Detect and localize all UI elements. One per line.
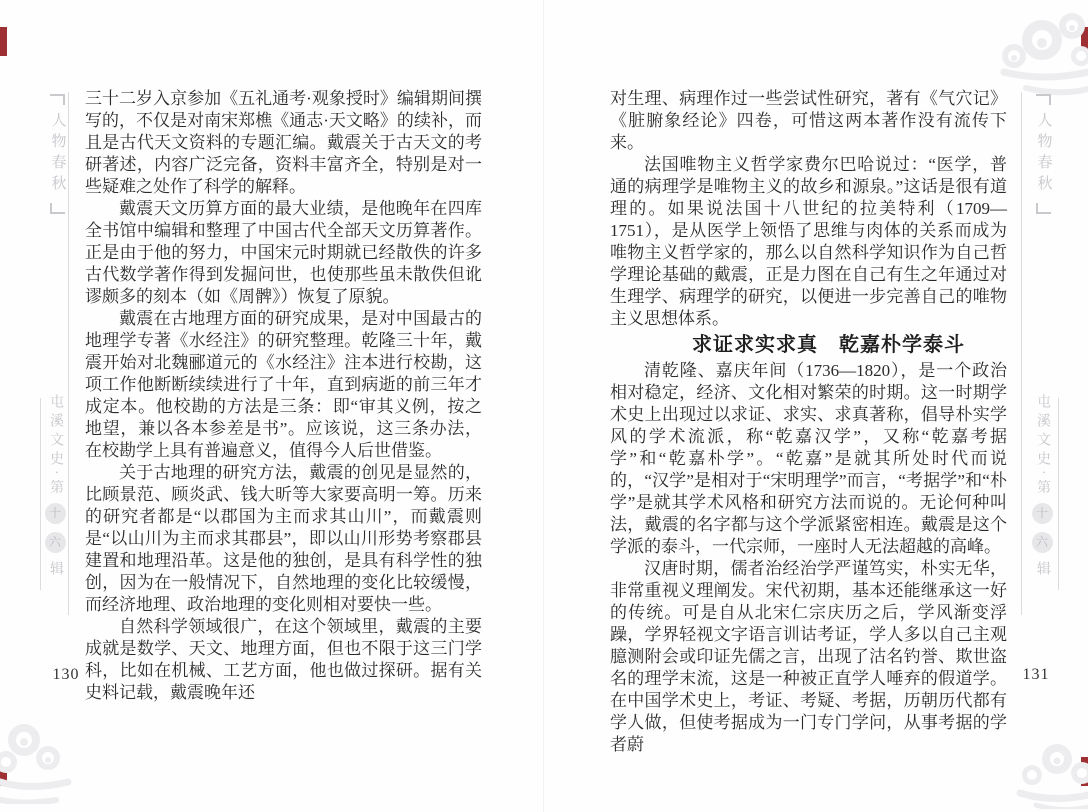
bracket-bottom-icon (1036, 203, 1051, 214)
series-label-suffix: 辑 (1032, 561, 1052, 575)
paragraph: 戴震天文历算方面的最大业绩，是他晚年在四库全书馆中编辑和整理了中国古代全部天文历… (85, 198, 482, 308)
paragraph: 关于古地理的研究方法，戴震的创见是显然的，比顾景范、顾炎武、钱大昕等大家要高明一… (85, 462, 482, 616)
cloud-ornament-icon (0, 712, 84, 804)
paragraph: 对生理、病理作过一些尝试性研究，著有《气穴记》《脏腑象经论》四卷，可惜这两本著作… (610, 88, 1007, 154)
series-volume-char-badge: 六 (45, 532, 66, 553)
right-page-text-column: 对生理、病理作过一些尝试性研究，著有《气穴记》《脏腑象经论》四卷，可惜这两本著作… (610, 88, 1007, 756)
margin-rule-right (1021, 92, 1022, 615)
paragraph: 三十二岁入京参加《五礼通考·观象授时》编辑期间撰写的，不仅是对南宋郑樵《通志·天… (85, 88, 482, 198)
paragraph: 清乾隆、嘉庆年间（1736—1820），是一个政治相对稳定，经济、文化相对繁荣的… (610, 360, 1007, 558)
cloud-ornament-icon (984, 4, 1088, 100)
column-label-right: 人物春秋 (1030, 94, 1056, 214)
series-volume-char-badge: 十 (1032, 503, 1053, 524)
paragraph: 自然科学领域很广，在这个领域里，戴震的主要成就是数学、天文、地理方面，但也不限于… (85, 616, 482, 704)
paragraph: 戴震在古地理方面的研究成果，是对中国最古的地理学专著《水经注》的研究整理。乾隆三… (85, 308, 482, 462)
left-page-text-column: 三十二岁入京参加《五礼通考·观象授时》编辑期间撰写的，不仅是对南宋郑樵《通志·天… (85, 88, 482, 704)
page-number-left: 130 (44, 666, 88, 684)
bracket-top-icon (50, 94, 65, 105)
series-label-prefix: 屯溪文史·第 (1035, 394, 1049, 499)
series-volume-char-badge: 六 (1032, 532, 1053, 553)
column-label-text: 人物春秋 (50, 112, 65, 196)
section-heading: 求证求实求真 乾嘉朴学泰斗 (610, 330, 1007, 360)
paragraph: 汉唐时期，儒者治经治学严谨笃实，朴实无华，非常重视义理阐发。宋代初期，基本还能继… (610, 558, 1007, 756)
series-label-suffix: 辑 (45, 561, 65, 575)
series-volume-char-badge: 十 (45, 503, 66, 524)
series-rule-right (1058, 398, 1059, 590)
series-label-prefix: 屯溪文史·第 (48, 394, 62, 499)
bracket-bottom-icon (50, 203, 65, 214)
bracket-top-icon (1036, 94, 1051, 105)
series-label-right: 屯溪文史·第 十 六 辑 (1028, 394, 1056, 575)
series-label-left: 屯溪文史·第 十 六 辑 (41, 394, 69, 575)
page-gutter-line (543, 0, 544, 812)
paragraph: 法国唯物主义哲学家费尔巴哈说过：“医学，普通的病理学是唯物主义的故乡和源泉。”这… (610, 154, 1007, 330)
page-number-right: 131 (1014, 666, 1058, 684)
column-label-left: 人物春秋 (44, 94, 70, 214)
book-spread: 人物春秋 人物春秋 屯溪文史·第 十 六 辑 屯溪文史·第 十 六 辑 130 … (0, 0, 1088, 812)
column-label-text: 人物春秋 (1036, 112, 1051, 196)
cloud-ornament-icon (1002, 735, 1088, 809)
corner-mark-top-left (0, 27, 7, 56)
